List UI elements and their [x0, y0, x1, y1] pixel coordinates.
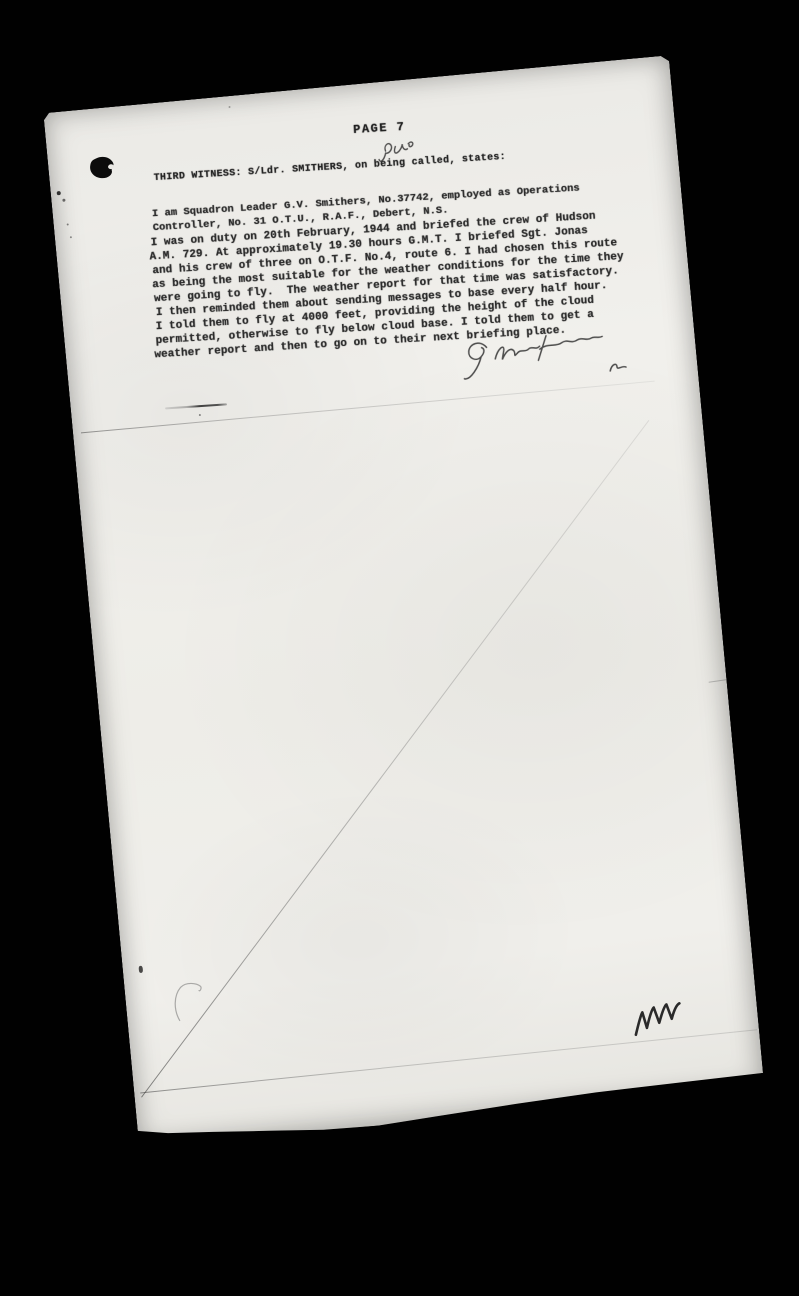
witness-heading: THIRD WITNESS: S/Ldr. SMITHERS, on being… — [153, 152, 506, 184]
document-page: PAGE 7 THIRD WITNESS: S/Ldr. SMITHERS, o… — [43, 55, 764, 1149]
photo-background: PAGE 7 THIRD WITNESS: S/Ldr. SMITHERS, o… — [0, 0, 799, 1296]
typewritten-content: PAGE 7 THIRD WITNESS: S/Ldr. SMITHERS, o… — [45, 72, 734, 1148]
signature-scrawl — [458, 327, 637, 391]
scratch-mark — [709, 679, 729, 683]
